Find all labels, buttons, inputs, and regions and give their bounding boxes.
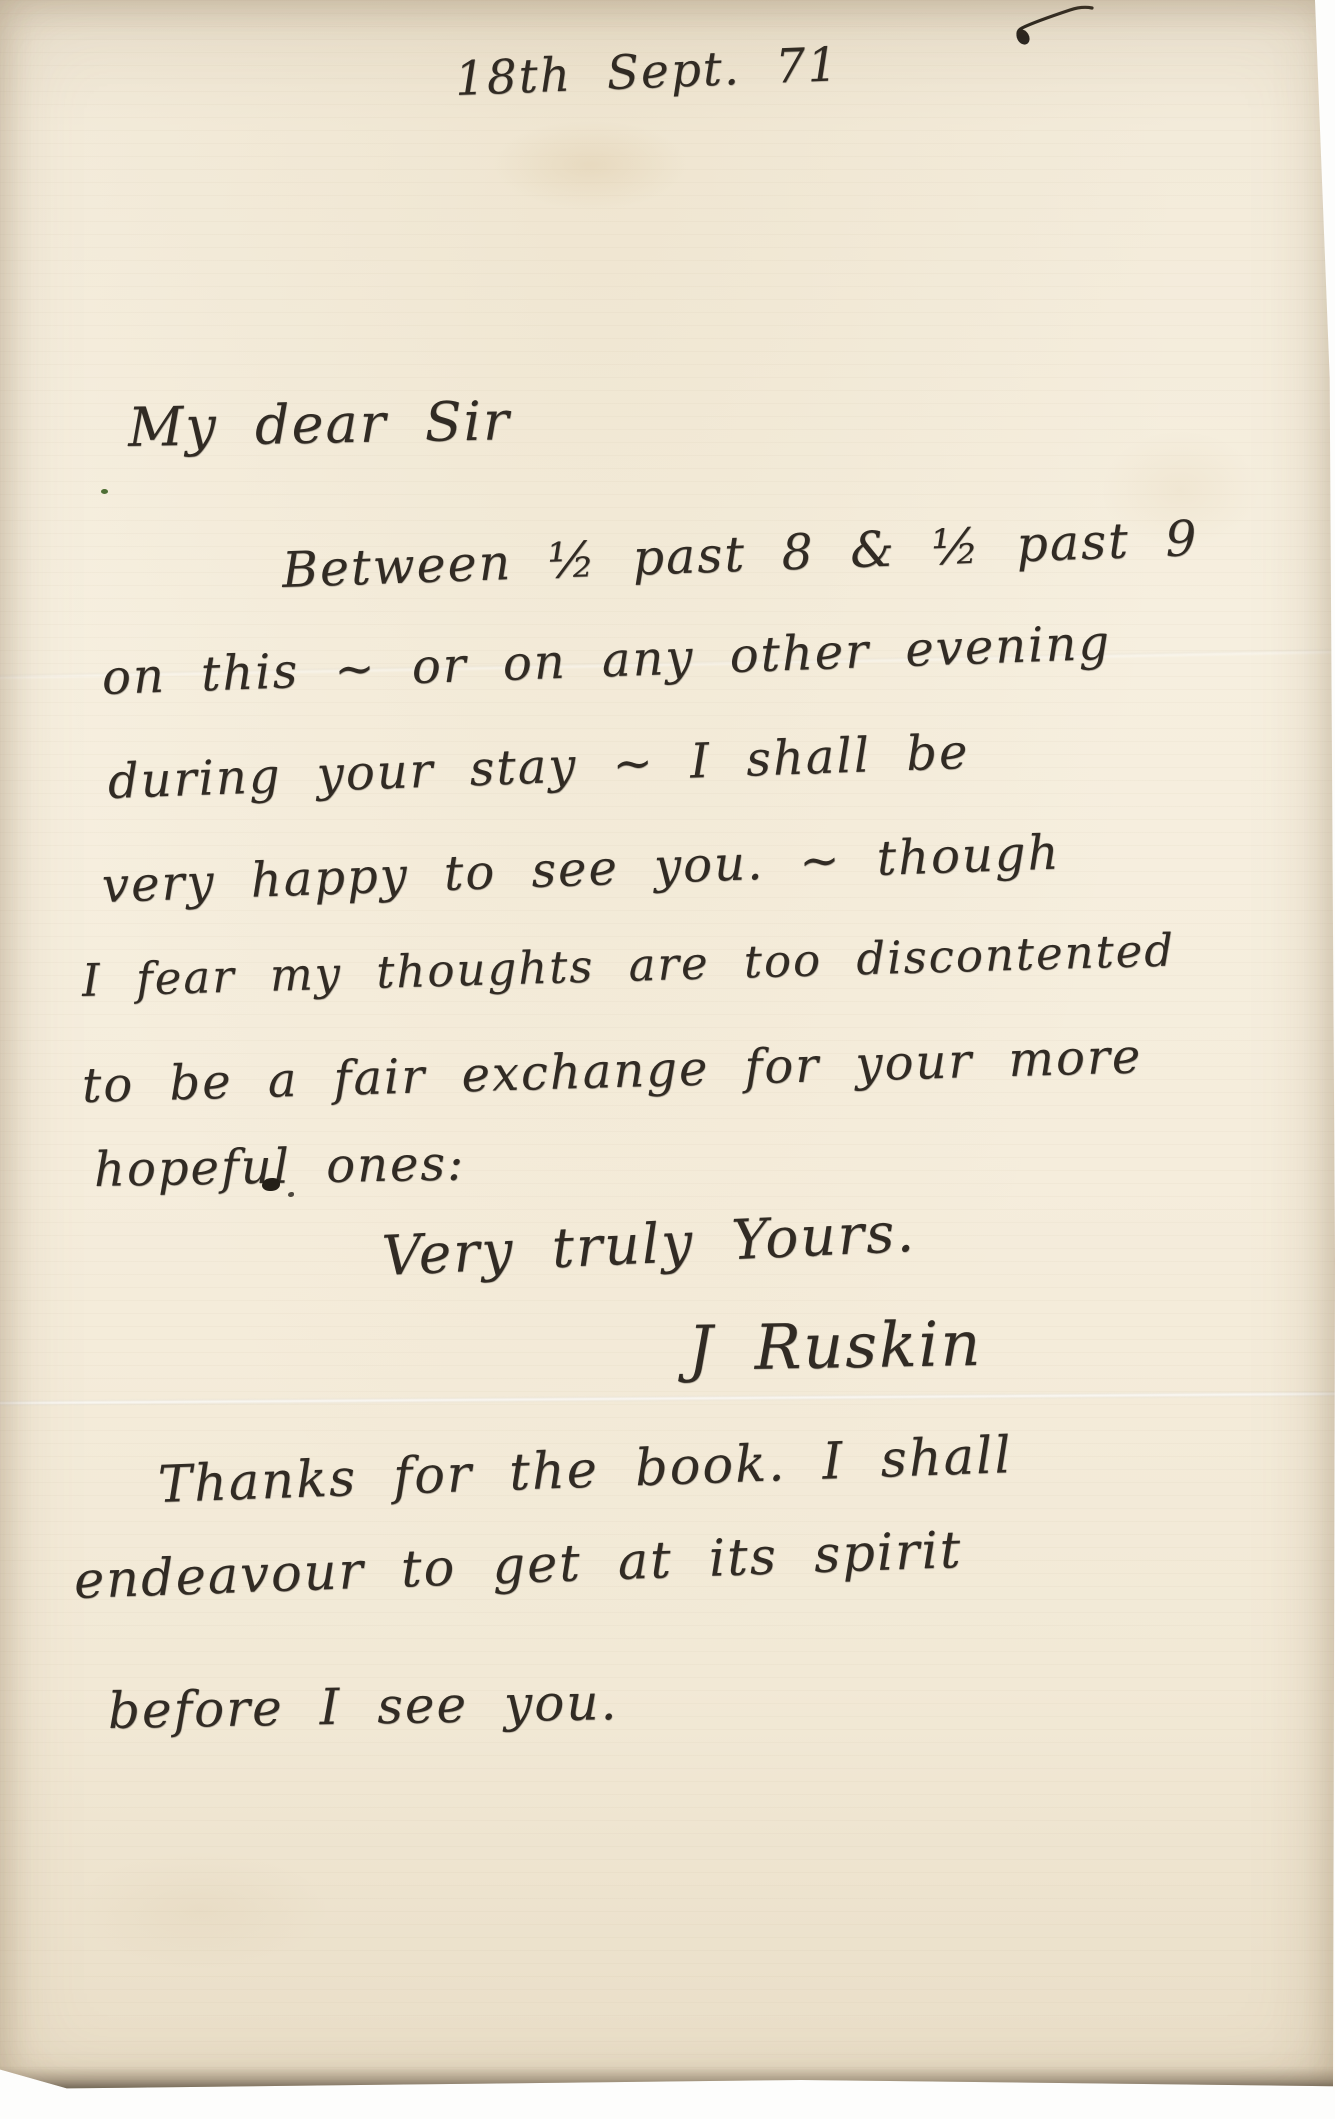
ink-blot: [288, 1192, 294, 1197]
body-line: Between ½ past 8 & ½ past 9: [281, 510, 1199, 599]
body-line: very happy to see you. ~ though: [101, 825, 1061, 914]
scanned-letter-page: 18th Sept. 71 My dear Sir Between ½ past…: [0, 0, 1335, 2119]
letter-date: 18th Sept. 71: [454, 37, 840, 107]
postscript-line: Thanks for the book. I shall: [157, 1426, 1014, 1515]
paper-stain: [490, 120, 690, 210]
letter-paper: 18th Sept. 71 My dear Sir Between ½ past…: [0, 0, 1335, 2101]
body-line: to be a fair exchange for your more: [81, 1028, 1143, 1114]
body-line: during your stay ~ I shall be: [107, 724, 970, 810]
body-line: I fear my thoughts are too discontented: [81, 923, 1176, 1007]
signature: J Ruskin: [687, 1307, 983, 1385]
ink-blot: [262, 1178, 280, 1191]
fold-crease: [0, 1391, 1335, 1405]
body-line: hopeful ones:: [94, 1136, 466, 1198]
paper-bottom-edge-shadow: [0, 2067, 1335, 2095]
postscript-line: endeavour to get at its spirit: [73, 1521, 963, 1611]
ink-tick-mark: [1012, 4, 1102, 52]
body-line: on this ~ or on any other evening: [101, 615, 1112, 706]
salutation: My dear Sir: [127, 389, 511, 459]
paper-stain: [70, 1850, 330, 1970]
green-speck: [101, 489, 108, 494]
closing-line: Very truly Yours.: [381, 1200, 917, 1288]
postscript-line: before I see you.: [107, 1673, 618, 1740]
